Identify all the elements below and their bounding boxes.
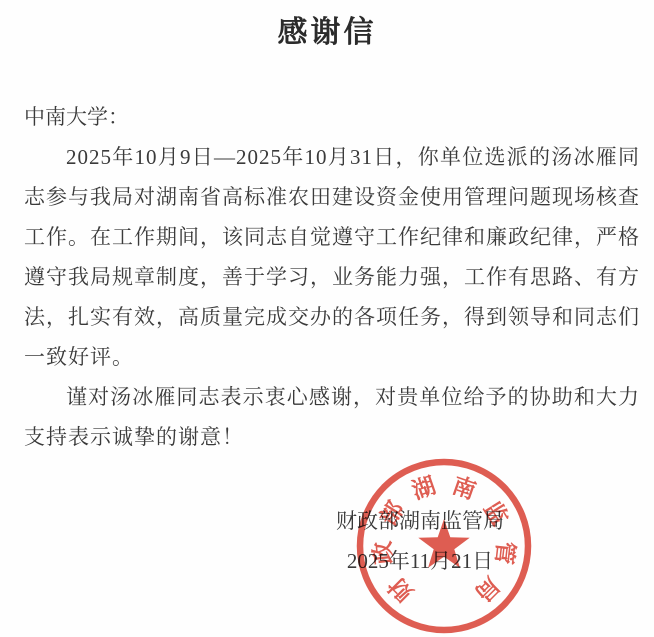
letter-page: 感谢信 中南大学： 2025年10月9日—2025年10月31日，你单位选派的汤… xyxy=(0,0,654,637)
signature-date: 2025年11月21日 xyxy=(336,541,504,581)
letter-paragraph: 2025年10月9日—2025年10月31日，你单位选派的汤冰雁同志参与我局对湖… xyxy=(24,137,640,377)
letter-body: 中南大学： 2025年10月9日—2025年10月31日，你单位选派的汤冰雁同志… xyxy=(0,97,654,457)
signature-org: 财政部湖南监管局 xyxy=(336,501,504,541)
letter-title: 感谢信 xyxy=(0,16,654,50)
signature-block: 财政部湖南监管局 2025年11月21日 xyxy=(336,501,504,581)
seal-character: 南 xyxy=(449,472,479,504)
letter-paragraph: 谨对汤冰雁同志表示衷心感谢，对贵单位给予的协助和大力支持表示诚挚的谢意！ xyxy=(24,377,640,457)
salutation: 中南大学： xyxy=(24,97,640,137)
seal-character: 湖 xyxy=(409,473,439,504)
